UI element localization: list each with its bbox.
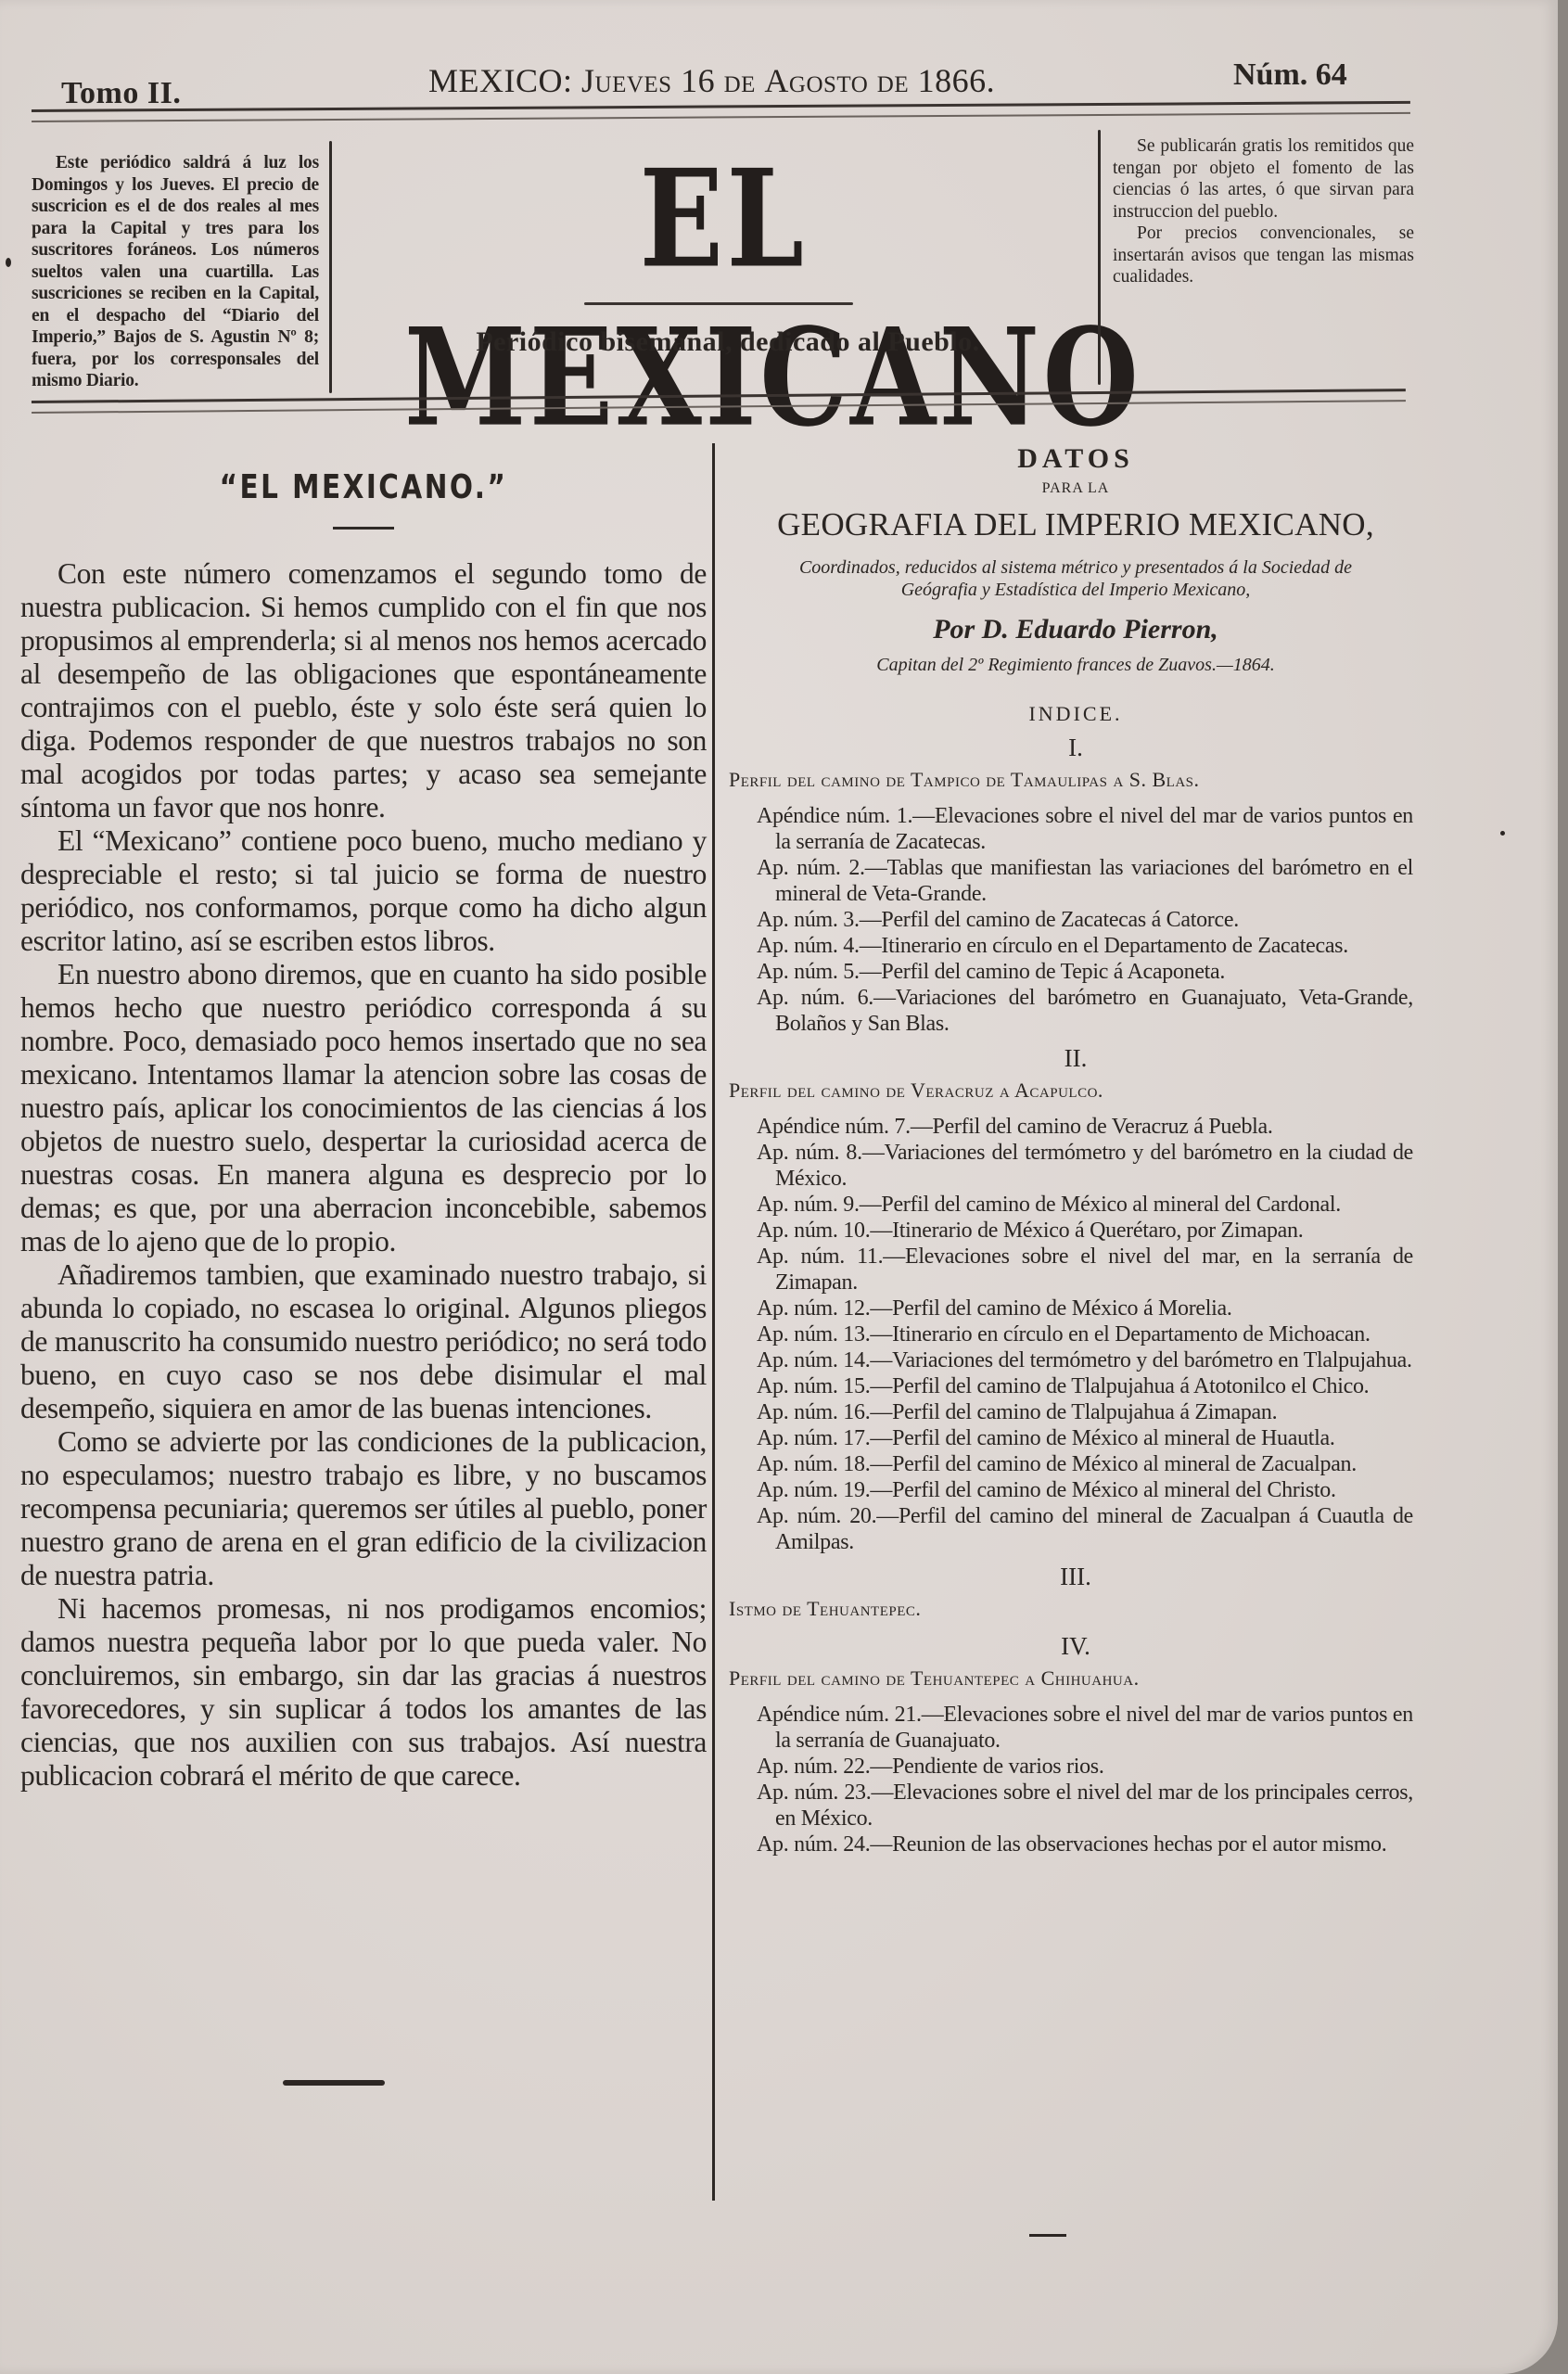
- dateline: MEXICO: Jueves 16 de Agosto de 1866.: [428, 61, 995, 100]
- publication-notice: Se publicarán gratis los remitidos que t…: [1113, 135, 1414, 288]
- article-paragraph: Ni hacemos promesas, ni nos prodigamos e…: [20, 1592, 707, 1793]
- appendix-item: Ap. núm. 23.—Elevaciones sobre el nivel …: [729, 1780, 1413, 1832]
- bracket-divider: [1098, 130, 1101, 385]
- dateline-day: Jueves: [581, 62, 672, 99]
- appendix-item: Ap. núm. 9.—Perfil del camino de México …: [729, 1192, 1413, 1218]
- appendix-item: Ap. núm. 10.—Itinerario de México á Quer…: [729, 1218, 1413, 1244]
- dateline-de: de: [724, 62, 756, 99]
- subscription-notice: Este periódico saldrá á luz los Domingos…: [32, 152, 319, 392]
- newspaper-page: Tomo II. MEXICO: Jueves 16 de Agosto de …: [0, 0, 1558, 2374]
- article-body: Con este número comenzamos el segundo to…: [20, 557, 707, 1793]
- end-ornament: [1029, 2234, 1066, 2237]
- bracket-divider: [329, 141, 332, 393]
- geografia-title: GEOGRAFIA DEL IMPERIO MEXICANO,: [729, 506, 1422, 543]
- appendix-item: Ap. núm. 4.—Itinerario en círculo en el …: [729, 933, 1413, 959]
- ink-speck: [6, 258, 11, 267]
- appendix-item: Ap. núm. 18.—Perfil del camino de México…: [729, 1451, 1413, 1477]
- dateline-month: Agosto: [764, 62, 868, 99]
- appendix-item: Ap. núm. 6.—Variaciones del barómetro en…: [729, 985, 1413, 1037]
- article-paragraph: El “Mexicano” contiene poco bueno, mucho…: [20, 824, 707, 958]
- section-numeral: IV.: [729, 1632, 1422, 1661]
- appendix-list: Apéndice núm. 21.—Elevaciones sobre el n…: [729, 1702, 1413, 1857]
- datos-author: Por D. Eduardo Pierron,: [729, 614, 1422, 645]
- section-title: Istmo de Tehuantepec.: [729, 1597, 1422, 1621]
- dateline-daynum: 16: [681, 62, 715, 99]
- dateline-year: 1866.: [918, 62, 996, 99]
- appendix-item: Ap. núm. 12.—Perfil del camino de México…: [729, 1295, 1413, 1321]
- article-paragraph: Con este número comenzamos el segundo to…: [20, 557, 707, 824]
- appendix-item: Ap. núm. 22.—Pendiente de varios rios.: [729, 1754, 1413, 1780]
- article-title: “EL MEXICANO.”: [83, 468, 645, 506]
- publication-notice-para1: Se publicarán gratis los remitidos que t…: [1113, 135, 1414, 223]
- appendix-item: Ap. núm. 14.—Variaciones del termómetro …: [729, 1347, 1413, 1373]
- appendix-item: Ap. núm. 20.—Perfil del camino del miner…: [729, 1503, 1413, 1555]
- datos-author-rank: Capitan del 2º Regimiento frances de Zua…: [729, 655, 1422, 676]
- appendix-item: Ap. núm. 2.—Tablas que manifiestan las v…: [729, 855, 1413, 907]
- appendix-item: Ap. núm. 24.—Reunion de las observacione…: [729, 1832, 1413, 1857]
- article-paragraph: En nuestro abono diremos, que en cuanto …: [20, 958, 707, 1258]
- section-title: Perfil del camino de Veracruz a Acapulco…: [729, 1079, 1422, 1103]
- article-paragraph: Como se advierte por las condiciones de …: [20, 1425, 707, 1592]
- issue-number: Núm. 64: [1233, 57, 1347, 93]
- appendix-item: Ap. núm. 15.—Perfil del camino de Tlalpu…: [729, 1373, 1413, 1399]
- datos-heading: DATOS: [729, 443, 1422, 475]
- appendix-item: Ap. núm. 13.—Itinerario en círculo en el…: [729, 1321, 1413, 1347]
- appendix-item: Ap. núm. 19.—Perfil del camino de México…: [729, 1477, 1413, 1503]
- article-paragraph: Añadiremos tambien, que examinado nuestr…: [20, 1258, 707, 1425]
- appendix-item: Ap. núm. 16.—Perfil del camino de Tlalpu…: [729, 1399, 1413, 1425]
- appendix-item: Apéndice núm. 21.—Elevaciones sobre el n…: [729, 1702, 1413, 1754]
- header-rule: [32, 101, 1410, 122]
- title-rule: [333, 527, 394, 530]
- dateline-city: MEXICO:: [428, 62, 573, 99]
- appendix-list: Apéndice núm. 7.—Perfil del camino de Ve…: [729, 1114, 1413, 1555]
- para-la: PARA LA: [729, 480, 1422, 497]
- masthead-subtitle: Periódico bisemanal, dedicado al Pueblo.: [362, 326, 1094, 358]
- appendix-item: Apéndice núm. 1.—Elevaciones sobre el ni…: [729, 803, 1413, 855]
- volume-label: Tomo II.: [61, 76, 181, 111]
- dateline-de: de: [877, 62, 909, 99]
- end-ornament: [283, 2080, 385, 2086]
- section-numeral: III.: [729, 1563, 1422, 1591]
- ink-speck: [1500, 831, 1505, 836]
- appendix-list: Apéndice núm. 1.—Elevaciones sobre el ni…: [729, 803, 1413, 1037]
- editorial-article: “EL MEXICANO.” Con este número comenzamo…: [20, 468, 707, 1793]
- appendix-item: Ap. núm. 11.—Elevaciones sobre el nivel …: [729, 1244, 1413, 1295]
- appendix-item: Ap. núm. 3.—Perfil del camino de Zacatec…: [729, 907, 1413, 933]
- datos-geografia: DATOS PARA LA GEOGRAFIA DEL IMPERIO MEXI…: [729, 443, 1422, 1857]
- column-divider: [712, 443, 715, 2201]
- publication-notice-para2: Por precios convencionales, se insertará…: [1113, 223, 1414, 288]
- section-numeral: II.: [729, 1044, 1422, 1073]
- appendix-item: Ap. núm. 8.—Variaciones del termómetro y…: [729, 1140, 1413, 1192]
- masthead-ornament-rule: [584, 302, 853, 305]
- datos-description: Coordinados, reducidos al sistema métric…: [797, 556, 1354, 601]
- section-title: Perfil del camino de Tehuantepec a Chihu…: [729, 1666, 1422, 1691]
- index-heading: INDICE.: [729, 702, 1422, 726]
- appendix-item: Apéndice núm. 7.—Perfil del camino de Ve…: [729, 1114, 1413, 1140]
- section-title: Perfil del camino de Tampico de Tamaulip…: [729, 768, 1422, 792]
- section-numeral: I.: [729, 734, 1422, 762]
- appendix-item: Ap. núm. 5.—Perfil del camino de Tepic á…: [729, 959, 1413, 985]
- appendix-item: Ap. núm. 17.—Perfil del camino de México…: [729, 1425, 1413, 1451]
